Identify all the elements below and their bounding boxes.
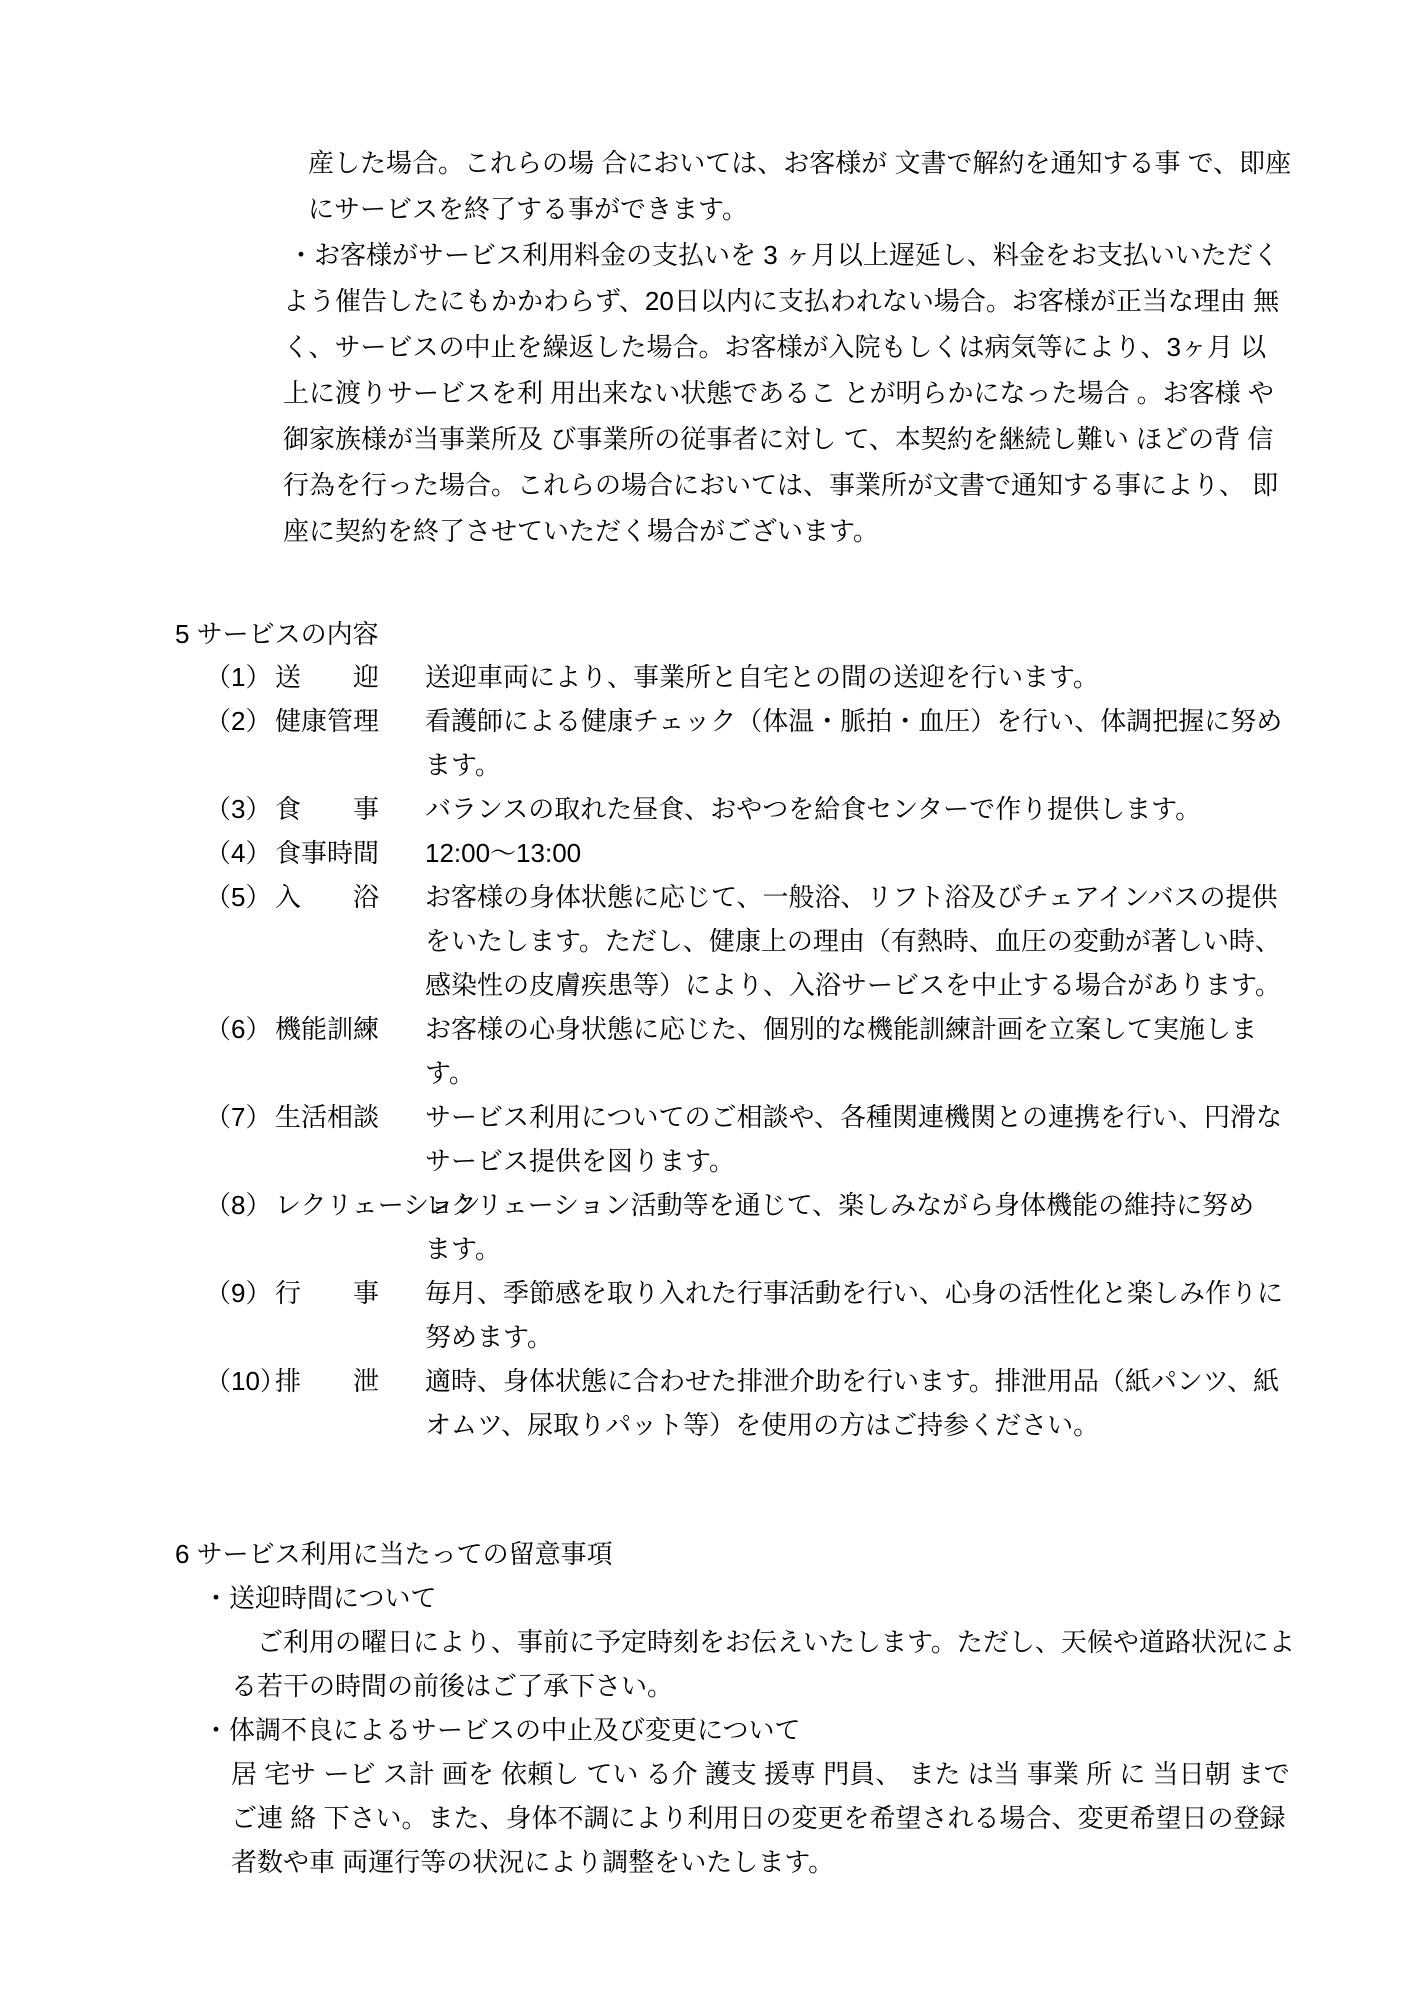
item-description-line: お客様の心身状態に応じた、個別的な機能訓練計画を立案して実施しま <box>425 1007 1257 1051</box>
item-description-line: オムツ、尿取りパット等）を使用の方はご持参ください。 <box>425 1403 1279 1447</box>
item-label: 食事時間 <box>275 831 379 875</box>
item-description: サービス利用についてのご相談や、各種関連機関との連携を行い、円滑な サービス提供… <box>425 1095 1282 1183</box>
paragraph-line: く、サービスの中止を繰返した場合。お客様が入院もしくは病気等により、3ヶ月 以 <box>283 324 1266 370</box>
item-label: 送 迎 <box>275 655 379 699</box>
paragraph-line: ・お客様がサービス利用料金の支払いを 3 ヶ月以上遅延し、料金をお支払いいただく <box>288 232 1279 278</box>
item-description-line: 毎月、季節感を取り入れた行事活動を行い、心身の活性化と楽しみ作りに <box>425 1271 1283 1315</box>
section5-heading: 5 サービスの内容 <box>175 612 379 656</box>
paragraph-line: よう催告したにもかかわらず、20日以内に支払われない場合。お客様が正当な理由 無 <box>283 278 1279 324</box>
item-description: 看護師による健康チェック（体温・脈拍・血圧）を行い、体調把握に努め ます。 <box>425 699 1282 787</box>
item-description-line: ます。 <box>425 1227 1254 1271</box>
item-label: 排 泄 <box>275 1359 379 1403</box>
section6-bullet-pickup-time: ・送迎時間について <box>203 1576 436 1620</box>
section6-condition-line: 者数や車 両運行等の状況により調整をいたします。 <box>231 1840 834 1884</box>
item-description-line: お客様の身体状態に応じて、一般浴、リフト浴及びチェアインバスの提供 <box>425 875 1281 919</box>
section6-condition-line: ご連 絡 下さい。また、身体不調により利用日の変更を希望される場合、変更希望日の… <box>231 1796 1285 1840</box>
item-number: （3） <box>205 787 271 831</box>
item-description: レクリェーション活動等を通じて、楽しみながら身体機能の維持に努め ます。 <box>425 1183 1254 1271</box>
item-label: 行 事 <box>275 1271 379 1315</box>
item-description-line: 看護師による健康チェック（体温・脈拍・血圧）を行い、体調把握に努め <box>425 699 1282 743</box>
item-label: 生活相談 <box>275 1095 379 1139</box>
paragraph-line: 行為を行った場合。これらの場合においては、事業所が文書で通知する事により、 即 <box>283 462 1278 508</box>
item-description-line: 感染性の皮膚疾患等）により、入浴サービスを中止する場合があります。 <box>425 963 1281 1007</box>
section6-bullet-condition-change: ・体調不良によるサービスの中止及び変更について <box>203 1708 800 1752</box>
item-number: （9） <box>205 1271 271 1315</box>
section6-heading: 6 サービス利用に当たっての留意事項 <box>175 1532 613 1576</box>
item-description-line: 努めます。 <box>425 1315 1283 1359</box>
item-number: （6） <box>205 1007 271 1051</box>
item-number: （1） <box>205 655 271 699</box>
document-page: 産した場合。これらの場 合においては、お客様が 文書で解約を通知する事 で、即座… <box>0 0 1414 2000</box>
paragraph-line: 座に契約を終了させていただく場合がございます。 <box>283 508 879 554</box>
item-label: 入 浴 <box>275 875 379 919</box>
item-description: バランスの取れた昼食、おやつを給食センターで作り提供します。 <box>425 787 1201 831</box>
paragraph-line: 産した場合。これらの場 合においては、お客様が 文書で解約を通知する事 で、即座 <box>308 140 1291 186</box>
section6-pickup-line: ご利用の曜日により、事前に予定時刻をお伝えいたします。ただし、天候や道路状況によ <box>257 1620 1295 1664</box>
item-number: （7） <box>205 1095 271 1139</box>
item-description: お客様の身体状態に応じて、一般浴、リフト浴及びチェアインバスの提供 をいたします… <box>425 875 1281 1007</box>
item-description: 毎月、季節感を取り入れた行事活動を行い、心身の活性化と楽しみ作りに 努めます。 <box>425 1271 1283 1359</box>
item-label: 食 事 <box>275 787 379 831</box>
section6-condition-line: 居 宅サ ービ ス計 画を 依頼し てい る介 護支 援専 門員、 また は当 … <box>231 1752 1290 1796</box>
item-number: （5） <box>205 875 271 919</box>
item-number: （4） <box>205 831 271 875</box>
item-description-line: バランスの取れた昼食、おやつを給食センターで作り提供します。 <box>425 787 1201 831</box>
item-description-line: サービス利用についてのご相談や、各種関連機関との連携を行い、円滑な <box>425 1095 1282 1139</box>
item-description-line: 送迎車両により、事業所と自宅との間の送迎を行います。 <box>425 655 1099 699</box>
paragraph-line: 御家族様が当事業所及 び事業所の従事者に対し て、本契約を継続し難い ほどの背 … <box>283 416 1273 462</box>
item-description-line: レクリェーション活動等を通じて、楽しみながら身体機能の維持に努め <box>425 1183 1254 1227</box>
item-number: （8） <box>205 1183 271 1227</box>
section6-pickup-line: る若干の時間の前後はご了承下さい。 <box>231 1664 673 1708</box>
item-description: 12:00～13:00 <box>425 831 581 875</box>
item-number: （2） <box>205 699 271 743</box>
item-description-line: す。 <box>425 1051 1257 1095</box>
item-description: お客様の心身状態に応じた、個別的な機能訓練計画を立案して実施しま す。 <box>425 1007 1257 1095</box>
item-description: 送迎車両により、事業所と自宅との間の送迎を行います。 <box>425 655 1099 699</box>
item-label: 機能訓練 <box>275 1007 379 1051</box>
item-description-line: 12:00～13:00 <box>425 831 581 875</box>
item-description: 適時、身体状態に合わせた排泄介助を行います。排泄用品（紙パンツ、紙 オムツ、尿取… <box>425 1359 1279 1447</box>
item-description-line: ます。 <box>425 743 1282 787</box>
item-description-line: サービス提供を図ります。 <box>425 1139 1282 1183</box>
item-label: 健康管理 <box>275 699 379 743</box>
paragraph-line: 上に渡りサービスを利 用出来ない状態であるこ とが明らかになった場合 。お客様 … <box>283 370 1274 416</box>
item-description-line: 適時、身体状態に合わせた排泄介助を行います。排泄用品（紙パンツ、紙 <box>425 1359 1279 1403</box>
item-number: （10） <box>205 1359 286 1403</box>
paragraph-line: にサービスを終了する事ができます。 <box>308 186 748 232</box>
item-description-line: をいたします。ただし、健康上の理由（有熱時、血圧の変動が著しい時、 <box>425 919 1281 963</box>
